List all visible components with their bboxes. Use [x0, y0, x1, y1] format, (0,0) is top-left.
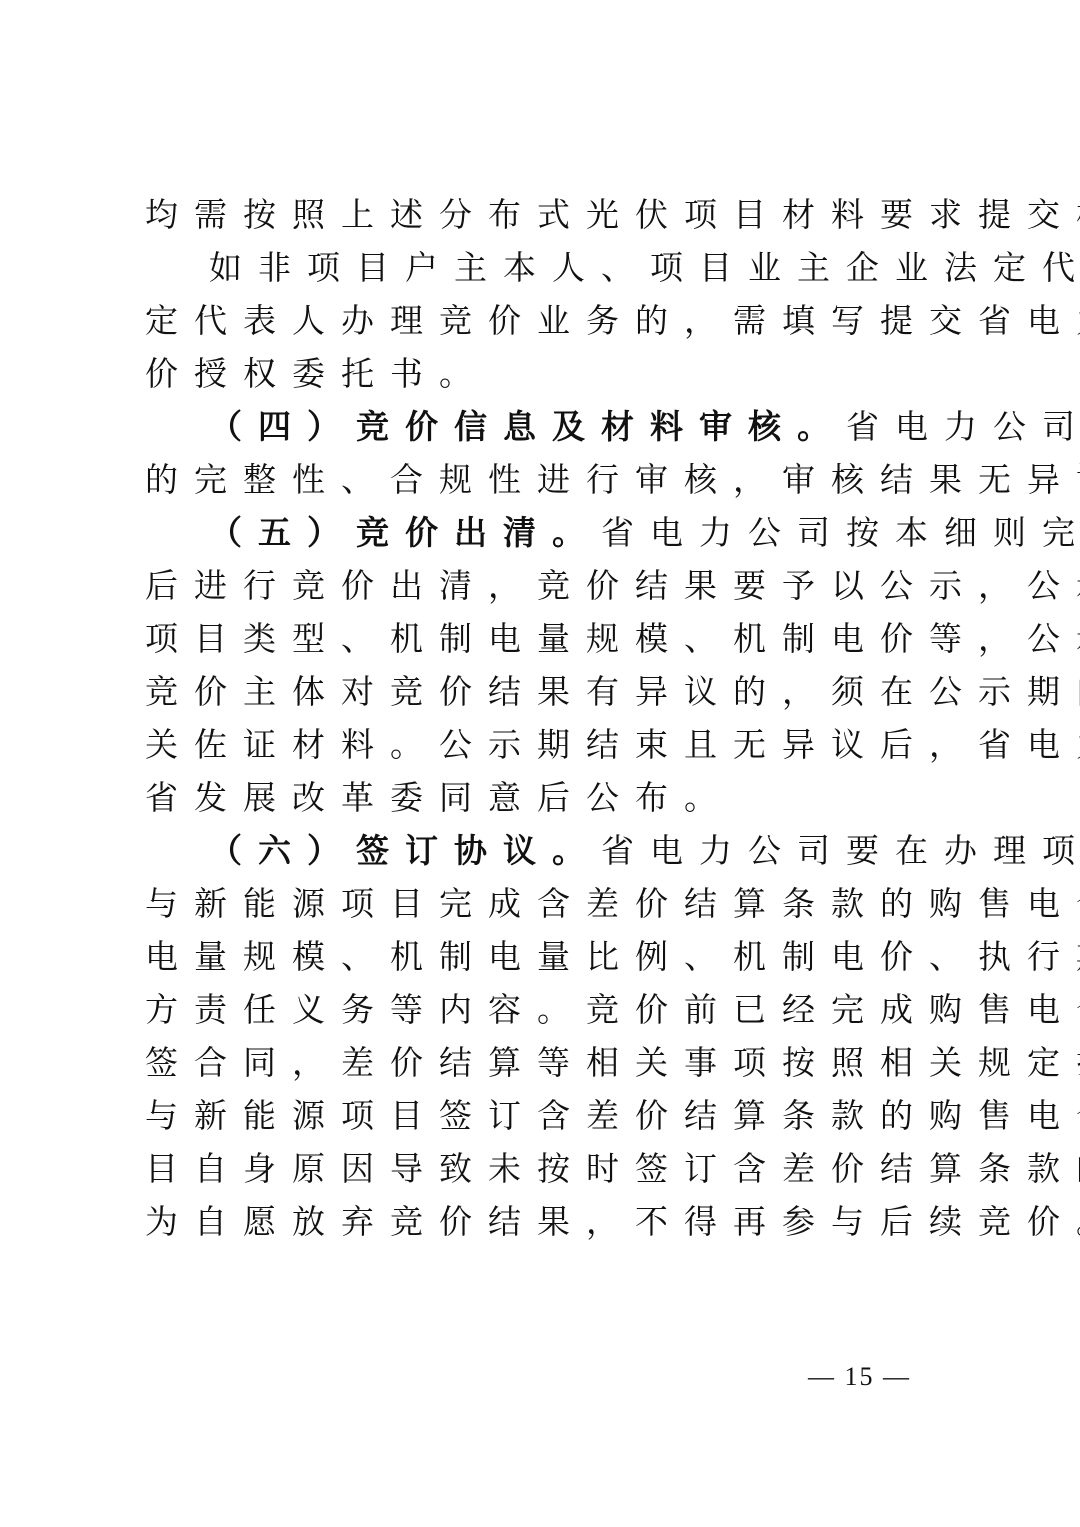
text-line: （四）竞价信息及材料审核。省电力公司对申报信息和材料: [145, 400, 940, 453]
text-line: 关佐证材料。公示期结束且无异议后，省电力公司将竞价结果报: [145, 718, 940, 771]
text-line: 项目类型、机制电量规模、机制电价等，公示期为3个工作日。: [145, 612, 940, 665]
text-line: 如非项目户主本人、项目业主企业法定代表人、代理机构法: [145, 241, 940, 294]
line-text: 签合同，差价结算等相关事项按照相关规定执行，合同到期后，: [145, 1043, 1080, 1082]
line-text: 与新能源项目签订含差价结算条款的购售电合同。因入选机制项: [145, 1096, 1080, 1135]
line-text: 均需按照上述分布式光伏项目材料要求提交相应材料。: [145, 195, 1080, 234]
line-text: 竞价主体对竞价结果有异议的，须在公示期间提出，且应提供相: [145, 672, 1080, 711]
line-text: 价授权委托书。: [145, 354, 488, 393]
page-number: — 15 —: [808, 1362, 911, 1392]
document-body: 均需按照上述分布式光伏项目材料要求提交相应材料。 如非项目户主本人、项目业主企业…: [145, 188, 940, 1248]
text-line: 电量规模、机制电量比例、机制电价、执行期限、结算方式、双: [145, 930, 940, 983]
text-line: （六）签订协议。省电力公司要在办理项目并网服务流程时，: [145, 824, 940, 877]
line-text: 项目类型、机制电量规模、机制电价等，公示期为3个工作日。: [145, 619, 1080, 658]
text-line: 竞价主体对竞价结果有异议的，须在公示期间提出，且应提供相: [145, 665, 940, 718]
line-text: 电量规模、机制电量比例、机制电价、执行期限、结算方式、双: [145, 937, 1080, 976]
line-text: 的完整性、合规性进行审核，审核结果无异议后开展竞价出清。: [145, 460, 1080, 499]
text-line: 与新能源项目完成含差价结算条款的购售电合同签订，明确机制: [145, 877, 940, 930]
text-line: 与新能源项目签订含差价结算条款的购售电合同。因入选机制项: [145, 1089, 940, 1142]
line-text: 方责任义务等内容。竞价前已经完成购售电合同签订的，暂不重: [145, 990, 1080, 1029]
text-line: 定代表人办理竞价业务的，需填写提交省电力公司统一制定的竞: [145, 294, 940, 347]
section-heading: （六）签订协议。: [209, 831, 601, 870]
section-heading: （五）竞价出清。: [209, 513, 601, 552]
text-line: 目自身原因导致未按时签订含差价结算条款的购售电合同的，视: [145, 1142, 940, 1195]
text-line: 为自愿放弃竞价结果，不得再参与后续竞价。: [145, 1195, 940, 1248]
text-line: 后进行竞价出清，竞价结果要予以公示，公示内容包括入选项目、: [145, 559, 940, 612]
text-line: 省发展改革委同意后公布。: [145, 771, 940, 824]
line-text: 目自身原因导致未按时签订含差价结算条款的购售电合同的，视: [145, 1149, 1080, 1188]
line-text: 定代表人办理竞价业务的，需填写提交省电力公司统一制定的竞: [145, 301, 1080, 340]
line-text: 与新能源项目完成含差价结算条款的购售电合同签订，明确机制: [145, 884, 1080, 923]
line-text: 关佐证材料。公示期结束且无异议后，省电力公司将竞价结果报: [145, 725, 1080, 764]
line-text: 省发展改革委同意后公布。: [145, 778, 733, 817]
line-text: 省电力公司对申报信息和材料: [846, 407, 1080, 446]
line-text: 省电力公司要在办理项目并网服务流程时，: [601, 831, 1080, 870]
text-line: 价授权委托书。: [145, 347, 940, 400]
section-heading: （四）竞价信息及材料审核。: [209, 407, 846, 446]
text-line: 均需按照上述分布式光伏项目材料要求提交相应材料。: [145, 188, 940, 241]
text-line: 方责任义务等内容。竞价前已经完成购售电合同签订的，暂不重: [145, 983, 940, 1036]
line-text: 省电力公司按本细则完成申报充足率检测: [601, 513, 1080, 552]
line-text: 为自愿放弃竞价结果，不得再参与后续竞价。: [145, 1202, 1080, 1241]
text-line: （五）竞价出清。省电力公司按本细则完成申报充足率检测: [145, 506, 940, 559]
line-text: 如非项目户主本人、项目业主企业法定代表人、代理机构法: [209, 248, 1080, 287]
text-line: 的完整性、合规性进行审核，审核结果无异议后开展竞价出清。: [145, 453, 940, 506]
text-line: 签合同，差价结算等相关事项按照相关规定执行，合同到期后，: [145, 1036, 940, 1089]
line-text: 后进行竞价出清，竞价结果要予以公示，公示内容包括入选项目、: [145, 566, 1080, 605]
